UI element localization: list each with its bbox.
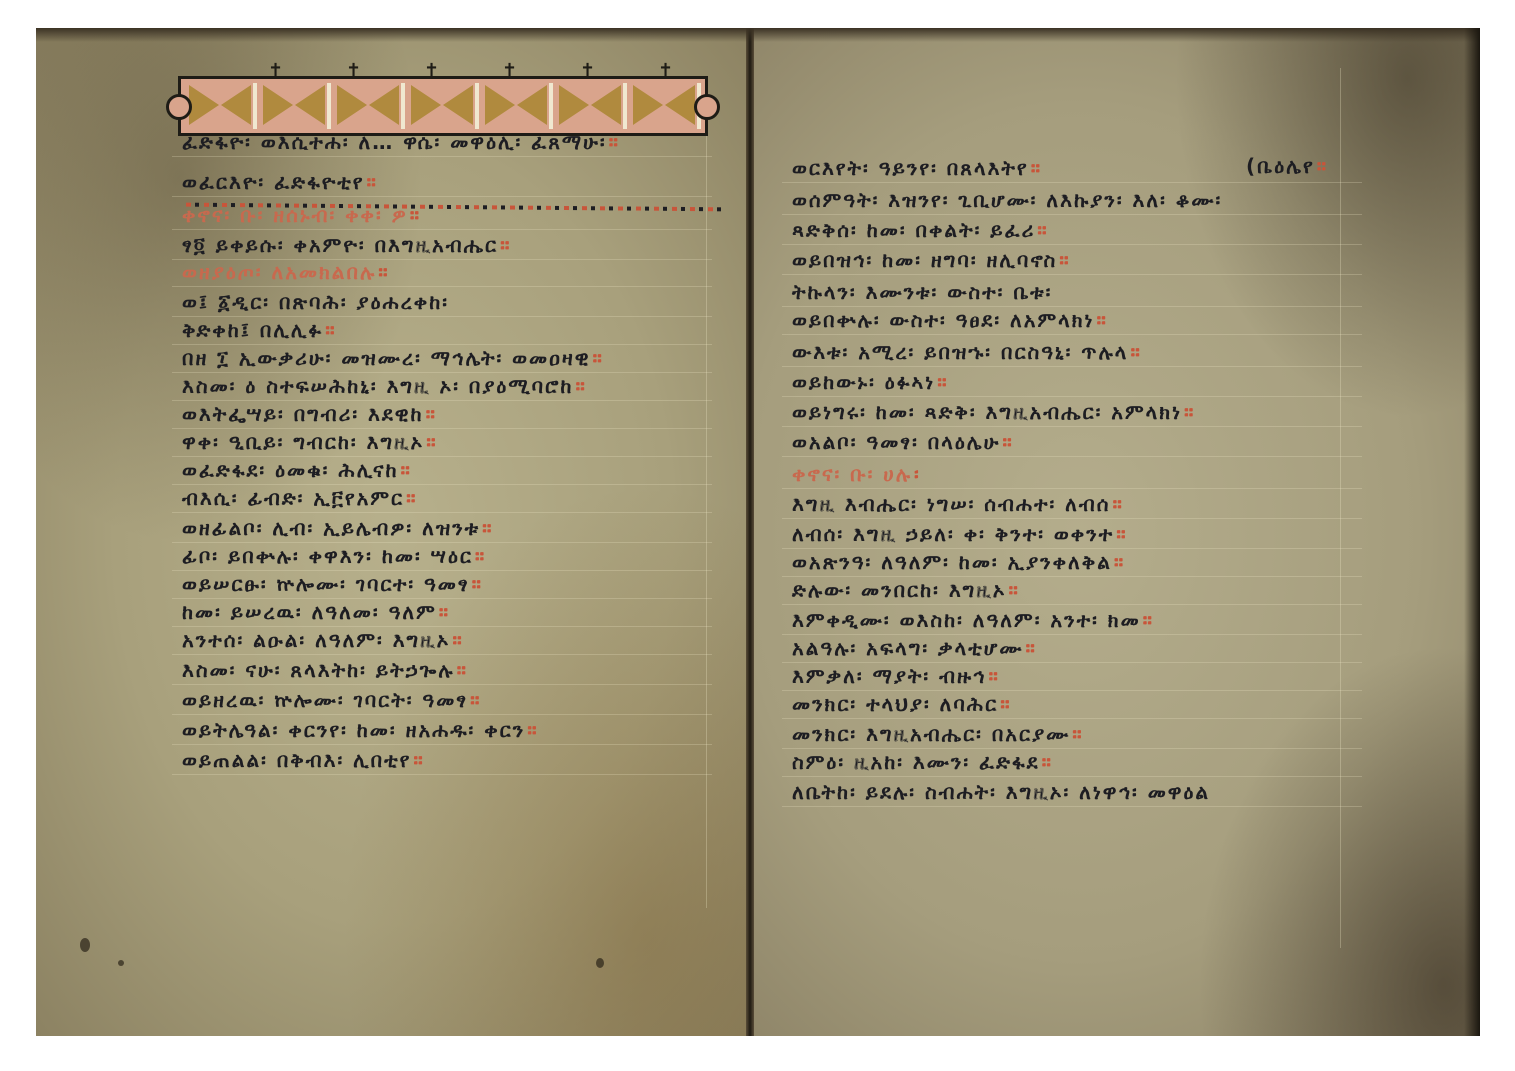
text-line: ቀኖና፡ ቡ፡ ሀሉ፡ bbox=[792, 462, 921, 486]
ruling-line bbox=[782, 748, 1362, 749]
line-text: አንተሰ፡ ልዑል፡ ለዓለም፡ እግዚኦ bbox=[182, 628, 450, 652]
punctuation-mark: ። bbox=[1072, 722, 1083, 746]
line-text: ወይነግሩ፡ ከመ፡ ጻድቅ፡ እግዚአብሔር፡ አምላክነ bbox=[792, 400, 1182, 424]
cross-icon: ✝ bbox=[346, 64, 361, 78]
cross-icon: ✝ bbox=[658, 64, 673, 78]
text-line: ድሉው፡ መንበርከ፡ እግዚኦ። bbox=[792, 578, 1020, 602]
punctuation-mark: ። bbox=[1130, 340, 1141, 364]
ruling-line bbox=[172, 156, 712, 157]
text-line: ወይጠልል፡ በቅብእ፡ ሊበቲየ። bbox=[182, 748, 425, 772]
punctuation-mark: ። bbox=[1114, 550, 1125, 574]
punctuation-mark: ። bbox=[1143, 608, 1154, 632]
punctuation-mark: ። bbox=[1026, 636, 1037, 660]
ruling-line bbox=[172, 744, 712, 745]
ruling-line bbox=[782, 776, 1362, 777]
punctuation-mark: ። bbox=[367, 170, 378, 194]
line-text: ፃ፬ ይቀይሱ፡ ቀአምዮ፡ በእግዚአብሔር bbox=[182, 233, 498, 257]
ruling-line bbox=[782, 576, 1362, 577]
line-text: ወይጠልል፡ በቅብእ፡ ሊበቲየ bbox=[182, 748, 411, 772]
ruling-line bbox=[172, 654, 712, 655]
text-line: ፈድፋዮ፡ ወእሲተሐ፡ ለ… ዋሴ፡ መዋዕሊ፡ ፈጸማሁ፡። bbox=[182, 130, 620, 154]
text-line: ወይነግሩ፡ ከመ፡ ጻድቅ፡ እግዚአብሔር፡ አምላክነ። bbox=[792, 400, 1195, 424]
text-line: ወይዘረዉ፡ ኵሎሙ፡ ገባርት፡ ዓመፃ። bbox=[182, 688, 481, 712]
ruling-line bbox=[782, 366, 1362, 367]
punctuation-mark: ። bbox=[470, 688, 481, 712]
line-text: ፈድፋዮ፡ ወእሲተሐ፡ ለ… ዋሴ፡ መዋዕሊ፡ ፈጸማሁ፡ bbox=[182, 130, 607, 154]
ruling-line bbox=[172, 484, 712, 485]
text-line: እምቀዲሙ፡ ወእስከ፡ ለዓለም፡ አንተ፡ ክመ። bbox=[792, 608, 1154, 632]
line-text: ወይትሌዓል፡ ቀርንየ፡ ከመ፡ ዘአሐዱ፡ ቀርን bbox=[182, 718, 525, 742]
cross-icon: ✝ bbox=[424, 64, 439, 78]
knot-ornament-icon bbox=[694, 94, 720, 120]
text-line: ፃ፬ ይቀይሱ፡ ቀአምዮ፡ በእግዚአብሔር። bbox=[182, 233, 511, 257]
line-text: ወ፤ ፩ዲር፡ በጽባሕ፡ ያዕሐረቀከ፡ bbox=[182, 290, 449, 314]
punctuation-mark: ። bbox=[1009, 578, 1020, 602]
ruling-line bbox=[782, 548, 1362, 549]
text-line: ወይትሌዓል፡ ቀርንየ፡ ከመ፡ ዘአሐዱ፡ ቀርን። bbox=[182, 718, 539, 742]
ruling-line bbox=[172, 512, 712, 513]
line-text: አልዓሉ፡ አፍላግ፡ ቃላቲሆሙ bbox=[792, 636, 1024, 660]
ruling-line bbox=[782, 488, 1362, 489]
line-text: ወይዘረዉ፡ ኵሎሙ፡ ገባርት፡ ዓመፃ bbox=[182, 688, 468, 712]
text-line: ለቤትከ፡ ይደሉ፡ ስብሐት፡ እግዚኦ፡ ለነዋኅ፡ መዋዕል bbox=[792, 780, 1210, 804]
text-line: ወይከውኑ፡ ዕፉኣነ። bbox=[792, 370, 949, 394]
ink-stain bbox=[118, 960, 124, 966]
ruling-line bbox=[172, 714, 712, 715]
text-line: እግዚ እብሔር፡ ነግሠ፡ ሰብሐተ፡ ለብሰ። bbox=[792, 492, 1124, 516]
line-text: ወዘያዕጦ፡ ለአመክልበሉ bbox=[182, 260, 376, 284]
punctuation-mark: ። bbox=[1112, 492, 1123, 516]
cross-icon: ✝ bbox=[268, 64, 283, 78]
line-text: ዋቀ፡ ዒቢይ፡ ግብርከ፡ እግዚኦ bbox=[182, 430, 424, 454]
text-line: ወፈድፋደ፡ ዕመቁ፡ ሕሊናከ። bbox=[182, 458, 412, 482]
headpiece-panel bbox=[557, 83, 627, 129]
line-text: ወእትፌሣይ፡ በግብሪ፡ እደዊከ bbox=[182, 402, 424, 426]
line-text: ለቤትከ፡ ይደሉ፡ ስብሐት፡ እግዚኦ፡ ለነዋኅ፡ መዋዕል bbox=[792, 780, 1210, 804]
punctuation-mark: ። bbox=[426, 402, 437, 426]
ruling-line bbox=[172, 684, 712, 685]
text-line: መንክር፡ ተላህያ፡ ለባሕር። bbox=[792, 692, 1012, 716]
punctuation-mark: ። bbox=[413, 748, 424, 772]
text-line: ወይበቍሉ፡ ውስተ፡ ዓፀደ፡ ለአምላክነ። bbox=[792, 308, 1108, 332]
ruling-line bbox=[172, 456, 712, 457]
ruling-line bbox=[172, 626, 712, 627]
punctuation-mark: ። bbox=[482, 516, 493, 540]
ruling-line bbox=[782, 426, 1362, 427]
line-text: ወርእየት፡ ዓይንየ፡ በጸላእትየ bbox=[792, 156, 1029, 180]
ruling-line bbox=[782, 690, 1362, 691]
punctuation-mark: ። bbox=[1116, 522, 1127, 546]
ruling-line bbox=[172, 570, 712, 571]
headpiece-band bbox=[178, 76, 708, 136]
text-line: ወአጽንዓ፡ ለዓለም፡ ከመ፡ ኢያንቀለቅል። bbox=[792, 550, 1125, 574]
manuscript-photo: ✝✝✝✝✝✝ ፈድፋዮ፡ ወእሲተሐ፡ ለ… ዋሴ፡ መዋዕሊ፡ ፈጸማሁ፡።ወ… bbox=[36, 28, 1480, 1036]
punctuation-mark: ። bbox=[1097, 308, 1108, 332]
punctuation-mark: ። bbox=[937, 370, 948, 394]
punctuation-mark: ። bbox=[575, 374, 586, 398]
line-text: ትኩላን፡ እሙንቱ፡ ውስተ፡ ቤቱ፡ bbox=[792, 280, 1052, 304]
text-line: ወይበዝኅ፡ ከመ፡ ዘግባ፡ ዘሊባኖስ። bbox=[792, 248, 1071, 272]
ruling-line bbox=[782, 244, 1362, 245]
headpiece-panel bbox=[261, 83, 331, 129]
headpiece-panel bbox=[187, 83, 257, 129]
line-text: ከመ፡ ይሠረዉ፡ ለዓለመ፡ ዓለም bbox=[182, 600, 437, 624]
text-line: ዋቀ፡ ዒቢይ፡ ግብርከ፡ እግዚኦ። bbox=[182, 430, 438, 454]
line-text: እስመ፡ ዕ ስተፍሠሕከኒ፡ እግዚ ኦ፡ በያዕሚባሮከ bbox=[182, 374, 573, 398]
line-text: ፊቦ፡ ይበቍሉ፡ ቀዋእን፡ ከመ፡ ሣዕር bbox=[182, 544, 473, 568]
ruling-line bbox=[782, 274, 1362, 275]
punctuation-mark: ። bbox=[457, 658, 468, 682]
line-text: ጻድቅሰ፡ ከመ፡ በቀልት፡ ይፈሪ bbox=[792, 218, 1035, 242]
ruling-line bbox=[172, 598, 712, 599]
punctuation-mark: ። bbox=[401, 458, 412, 482]
cross-icon: ✝ bbox=[502, 64, 517, 78]
line-text: ወሰምዓት፡ እዝንየ፡ ጊቢሆሙ፡ ለእኩያን፡ እለ፡ ቆሙ፡ bbox=[792, 188, 1222, 212]
punctuation-mark: ። bbox=[1031, 156, 1042, 180]
ruling-line bbox=[782, 334, 1362, 335]
ruling-line bbox=[172, 229, 712, 230]
ruling-line bbox=[172, 774, 712, 775]
text-line: ወዘያዕጦ፡ ለአመክልበሉ። bbox=[182, 260, 390, 284]
marginal-note: (ቤዕሌየ። bbox=[1246, 154, 1328, 178]
headpiece-panel bbox=[631, 83, 701, 129]
text-line: ከመ፡ ይሠረዉ፡ ለዓለመ፡ ዓለም። bbox=[182, 600, 450, 624]
punctuation-mark: ። bbox=[1184, 400, 1195, 424]
line-text: እምቀዲሙ፡ ወእስከ፡ ለዓለም፡ አንተ፡ ክመ bbox=[792, 608, 1141, 632]
ruling-line bbox=[782, 182, 1362, 183]
punctuation-mark: ። bbox=[410, 203, 421, 227]
text-line: ፊቦ፡ ይበቍሉ፡ ቀዋእን፡ ከመ፡ ሣዕር። bbox=[182, 544, 486, 568]
ruling-line bbox=[172, 400, 712, 401]
text-line: ወፈርእዮ፡ ፈድፋዮቲየ። bbox=[182, 170, 378, 194]
punctuation-mark: ። bbox=[426, 430, 437, 454]
right-page: (ቤዕሌየ። ወርእየት፡ ዓይንየ፡ በጸላእትየ።ወሰምዓት፡ እዝንየ፡ … bbox=[752, 28, 1480, 1036]
ruling-line bbox=[172, 196, 712, 197]
text-line: መንክር፡ እግዚአብሔር፡ በአርያሙ። bbox=[792, 722, 1084, 746]
line-text: ውእቱ፡ አሚረ፡ ይበዝኁ፡ በርስዓኒ፡ ጥሉላ bbox=[792, 340, 1128, 364]
ruling-line bbox=[782, 604, 1362, 605]
page-shadow bbox=[36, 28, 1480, 42]
ruling-line bbox=[782, 634, 1362, 635]
punctuation-mark: ። bbox=[609, 130, 620, 154]
line-text: ብእሲ፡ ፊብድ፡ ኢ፫የአምር bbox=[182, 486, 404, 510]
headpiece-panel bbox=[409, 83, 479, 129]
book-gutter bbox=[746, 28, 754, 1036]
punctuation-mark: ። bbox=[472, 572, 483, 596]
line-text: ወፈድፋደ፡ ዕመቁ፡ ሕሊናከ bbox=[182, 458, 399, 482]
line-text: እግዚ እብሔር፡ ነግሠ፡ ሰብሐተ፡ ለብሰ bbox=[792, 492, 1110, 516]
ruling-line bbox=[782, 806, 1362, 807]
ruling-line bbox=[172, 344, 712, 345]
punctuation-mark: ። bbox=[593, 346, 604, 370]
text-line: ወአልቦ፡ ዓመፃ፡ በላዕሌሁ። bbox=[792, 430, 1014, 454]
ruling-line bbox=[782, 456, 1362, 457]
text-line: ብእሲ፡ ፊብድ፡ ኢ፫የአምር። bbox=[182, 486, 417, 510]
text-line: ወይሠርፁ፡ ኵሎሙ፡ ገባርተ፡ ዓመፃ። bbox=[182, 572, 483, 596]
knot-ornament-icon bbox=[166, 94, 192, 120]
punctuation-mark: ። bbox=[475, 544, 486, 568]
text-line: ወ፤ ፩ዲር፡ በጽባሕ፡ ያዕሐረቀከ፡ bbox=[182, 290, 449, 314]
punctuation-mark: ። bbox=[378, 260, 389, 284]
ruling-line bbox=[782, 718, 1362, 719]
line-text: ቀኖና፡ ቡ፡ ዘሰኑብ፡ ቀቀ፡ ዎ bbox=[182, 203, 408, 227]
text-line: አልዓሉ፡ አፍላግ፡ ቃላቲሆሙ። bbox=[792, 636, 1037, 660]
ruling-line bbox=[172, 428, 712, 429]
headpiece-panel bbox=[335, 83, 405, 129]
punctuation-mark: ። bbox=[452, 628, 463, 652]
ornamental-headpiece: ✝✝✝✝✝✝ bbox=[178, 64, 708, 140]
left-page: ✝✝✝✝✝✝ ፈድፋዮ፡ ወእሲተሐ፡ ለ… ዋሴ፡ መዋዕሊ፡ ፈጸማሁ፡።ወ… bbox=[36, 28, 752, 1036]
margin-rule bbox=[706, 128, 707, 908]
text-line: እስመ፡ ናሁ፡ ጸላእትከ፡ ይትኃጐሉ። bbox=[182, 658, 468, 682]
text-line: ወእትፌሣይ፡ በግብሪ፡ እደዊከ። bbox=[182, 402, 437, 426]
line-text: መንክር፡ እግዚአብሔር፡ በአርያሙ bbox=[792, 722, 1070, 746]
line-text: ወፈርእዮ፡ ፈድፋዮቲየ bbox=[182, 170, 365, 194]
line-text: ወይበዝኅ፡ ከመ፡ ዘግባ፡ ዘሊባኖስ bbox=[792, 248, 1057, 272]
text-line: እስመ፡ ዕ ስተፍሠሕከኒ፡ እግዚ ኦ፡ በያዕሚባሮከ። bbox=[182, 374, 587, 398]
line-text: ወይከውኑ፡ ዕፉኣነ bbox=[792, 370, 935, 394]
punctuation-mark: ፡ bbox=[914, 462, 921, 486]
punctuation-mark: ። bbox=[500, 233, 511, 257]
ruling-line bbox=[782, 518, 1362, 519]
line-text: ወአጽንዓ፡ ለዓለም፡ ከመ፡ ኢያንቀለቅል bbox=[792, 550, 1112, 574]
punctuation-mark: ። bbox=[439, 600, 450, 624]
punctuation-mark: ። bbox=[1002, 430, 1013, 454]
punctuation-mark: ። bbox=[1042, 750, 1053, 774]
punctuation-mark: ። bbox=[527, 718, 538, 742]
ruling-line bbox=[172, 316, 712, 317]
punctuation-mark: ። bbox=[1037, 218, 1048, 242]
text-line: ቅድቀከ፤ በሊሊፉ። bbox=[182, 318, 337, 342]
line-text: መንክር፡ ተላህያ፡ ለባሕር bbox=[792, 692, 998, 716]
punctuation-mark: ። bbox=[325, 318, 336, 342]
line-text: ወይሠርፁ፡ ኵሎሙ፡ ገባርተ፡ ዓመፃ bbox=[182, 572, 470, 596]
line-text: ስምዕ፡ ዚአከ፡ እሙን፡ ፈድፋደ bbox=[792, 750, 1040, 774]
text-line: አንተሰ፡ ልዑል፡ ለዓለም፡ እግዚኦ። bbox=[182, 628, 464, 652]
text-line: ስምዕ፡ ዚአከ፡ እሙን፡ ፈድፋደ። bbox=[792, 750, 1053, 774]
ink-stain bbox=[596, 958, 604, 968]
ruling-line bbox=[782, 214, 1362, 215]
line-text: ቅድቀከ፤ በሊሊፉ bbox=[182, 318, 323, 342]
punctuation-mark: ። bbox=[988, 664, 999, 688]
line-text: ለብሰ፡ እግዚ ኃይለ፡ ቀ፡ ቅንተ፡ ወቀንተ bbox=[792, 522, 1114, 546]
text-line: ቀኖና፡ ቡ፡ ዘሰኑብ፡ ቀቀ፡ ዎ። bbox=[182, 203, 421, 227]
ruling-line bbox=[782, 396, 1362, 397]
text-line: ወርእየት፡ ዓይንየ፡ በጸላእትየ። bbox=[792, 156, 1042, 180]
margin-rule bbox=[1340, 68, 1341, 948]
cover-edge bbox=[1464, 28, 1480, 1036]
text-line: ውእቱ፡ አሚረ፡ ይበዝኁ፡ በርስዓኒ፡ ጥሉላ። bbox=[792, 340, 1142, 364]
line-text: እምቃለ፡ ማያት፡ ብዙኅ bbox=[792, 664, 986, 688]
line-text: ወዘፊልቦ፡ ሊብ፡ ኢይሌብዎ፡ ለዝንቱ bbox=[182, 516, 480, 540]
punctuation-mark: ። bbox=[1059, 248, 1070, 272]
line-text: ወአልቦ፡ ዓመፃ፡ በላዕሌሁ bbox=[792, 430, 1000, 454]
headpiece-panel bbox=[483, 83, 553, 129]
line-text: ወይበቍሉ፡ ውስተ፡ ዓፀደ፡ ለአምላክነ bbox=[792, 308, 1095, 332]
punctuation-mark: ። bbox=[406, 486, 417, 510]
text-line: ጻድቅሰ፡ ከመ፡ በቀልት፡ ይፈሪ። bbox=[792, 218, 1049, 242]
line-text: እስመ፡ ናሁ፡ ጸላእትከ፡ ይትኃጐሉ bbox=[182, 658, 455, 682]
text-line: ለብሰ፡ እግዚ ኃይለ፡ ቀ፡ ቅንተ፡ ወቀንተ። bbox=[792, 522, 1128, 546]
punctuation-mark: ። bbox=[1000, 692, 1011, 716]
text-line: ወሰምዓት፡ እዝንየ፡ ጊቢሆሙ፡ ለእኩያን፡ እለ፡ ቆሙ፡ bbox=[792, 188, 1222, 212]
text-line: ወዘፊልቦ፡ ሊብ፡ ኢይሌብዎ፡ ለዝንቱ። bbox=[182, 516, 494, 540]
text-line: ትኩላን፡ እሙንቱ፡ ውስተ፡ ቤቱ፡ bbox=[792, 280, 1052, 304]
line-text: በዘ ፲ ኢውቃሪሁ፡ መዝሙረ፡ ማኅሌት፡ ወመዐዛዊ bbox=[182, 346, 591, 370]
ruling-line bbox=[782, 306, 1362, 307]
line-text: ቀኖና፡ ቡ፡ ሀሉ bbox=[792, 462, 912, 486]
line-text: ድሉው፡ መንበርከ፡ እግዚኦ bbox=[792, 578, 1007, 602]
cross-icon: ✝ bbox=[580, 64, 595, 78]
text-line: በዘ ፲ ኢውቃሪሁ፡ መዝሙረ፡ ማኅሌት፡ ወመዐዛዊ። bbox=[182, 346, 604, 370]
ruling-line bbox=[782, 662, 1362, 663]
ink-stain bbox=[80, 938, 90, 952]
ruling-line bbox=[172, 372, 712, 373]
ruling-line bbox=[172, 542, 712, 543]
ruling-line bbox=[172, 286, 712, 287]
text-line: እምቃለ፡ ማያት፡ ብዙኅ። bbox=[792, 664, 1000, 688]
